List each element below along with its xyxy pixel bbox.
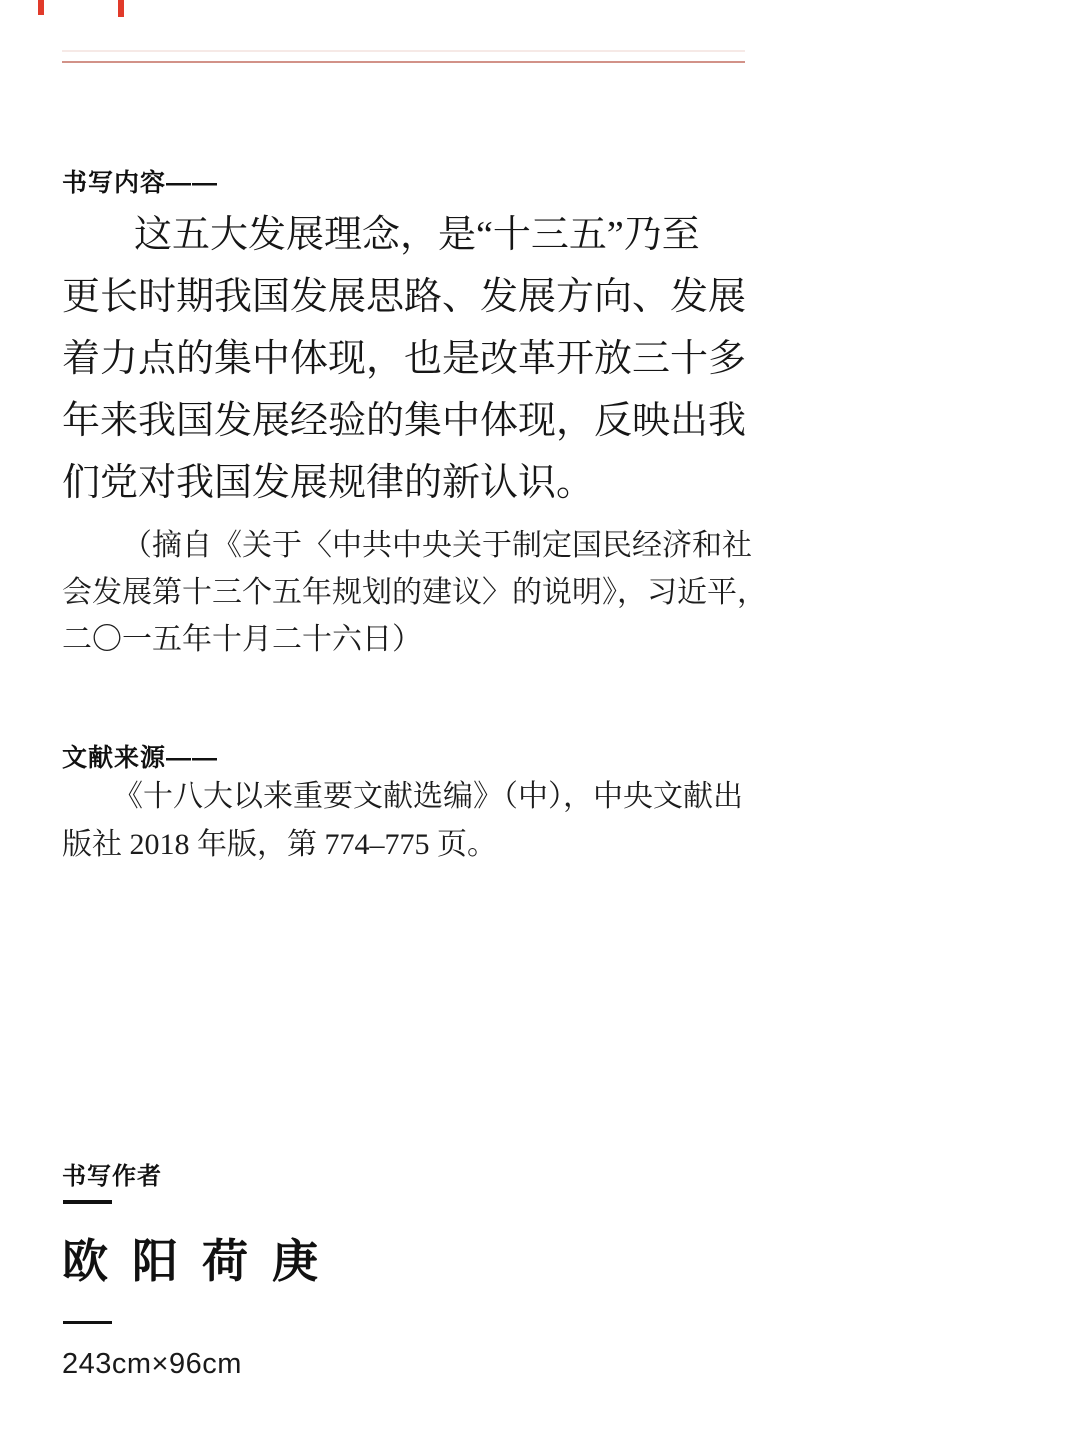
top-divider-shadow [62, 50, 745, 52]
top-divider-line [62, 61, 745, 63]
quote-line: 更长时期我国发展思路、发展方向、发展 [62, 266, 762, 328]
article-page: 书写内容—— 这五大发展理念，是“十三五”乃至 更长时期我国发展思路、发展方向、… [0, 0, 1080, 1439]
quote-paragraph: 这五大发展理念，是“十三五”乃至 更长时期我国发展思路、发展方向、发展 着力点的… [62, 204, 762, 514]
author-section-heading: 书写作者 [62, 1156, 162, 1191]
citation-paragraph: （摘自《关于〈中共中央关于制定国民经济和社 会发展第十三个五年规划的建议〉的说明… [62, 522, 782, 663]
cropped-red-text-mark-2 [118, 0, 124, 17]
source-line: 版社 2018 年版，第 774–775 页。 [62, 821, 782, 869]
quote-line: 们党对我国发展规律的新认识。 [62, 452, 762, 514]
cropped-red-text-mark-1 [38, 0, 44, 15]
dimensions-divider-line [63, 1321, 112, 1324]
source-line: 《十八大以来重要文献选编》（中），中央文献出 [62, 773, 782, 821]
source-section-heading: 文献来源—— [62, 738, 218, 774]
artwork-dimensions: 243cm×96cm [62, 1348, 242, 1381]
author-divider-line [63, 1200, 112, 1204]
quote-line: 着力点的集中体现，也是改革开放三十多 [62, 328, 762, 390]
author-name: 欧阳荷庚 [62, 1238, 342, 1286]
citation-line: 会发展第十三个五年规划的建议〉的说明》，习近平， [62, 569, 782, 616]
quote-line: 这五大发展理念，是“十三五”乃至 [62, 204, 762, 266]
quote-line: 年来我国发展经验的集中体现，反映出我 [62, 390, 762, 452]
source-paragraph: 《十八大以来重要文献选编》（中），中央文献出 版社 2018 年版，第 774–… [62, 773, 782, 869]
citation-line: 二〇一五年十月二十六日） [62, 616, 782, 663]
content-section-heading: 书写内容—— [62, 163, 218, 199]
citation-line: （摘自《关于〈中共中央关于制定国民经济和社 [62, 522, 782, 569]
